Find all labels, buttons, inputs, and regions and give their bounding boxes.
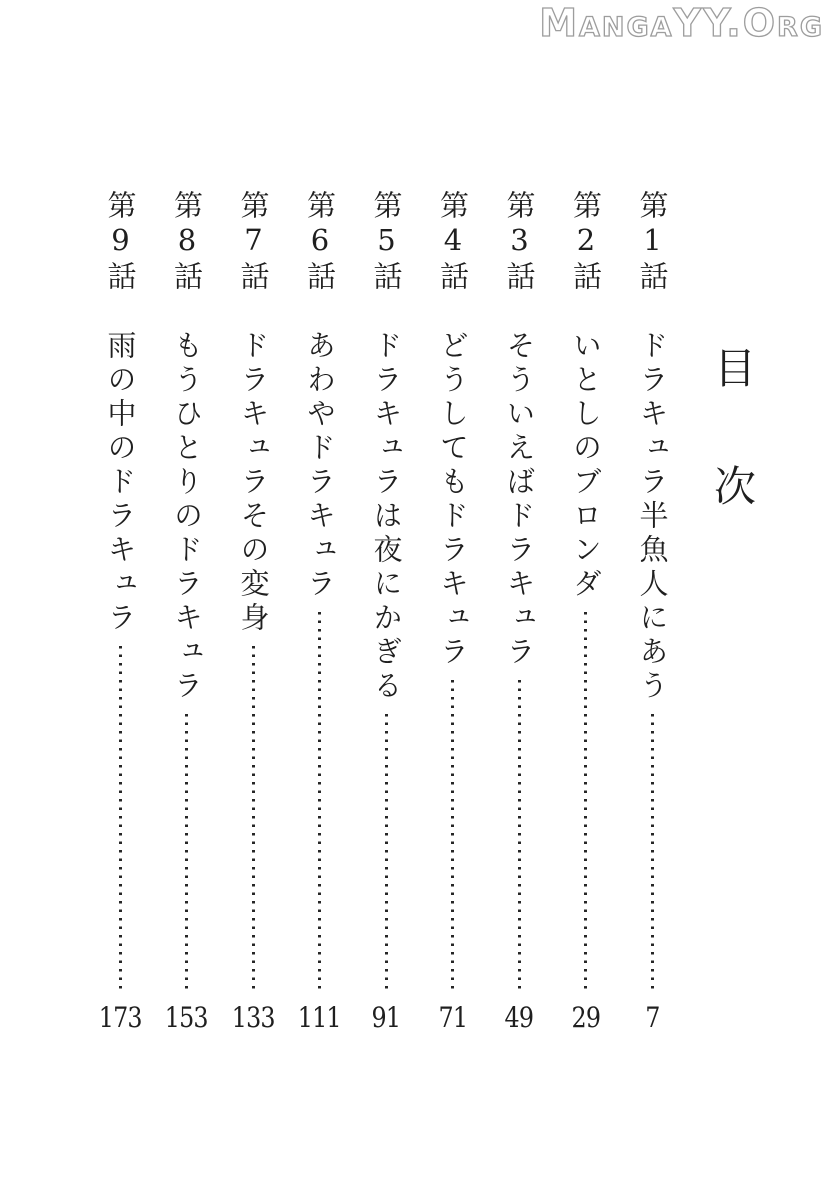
- chapter-label: 第5話: [372, 190, 401, 298]
- page-number: 91: [372, 1004, 401, 1032]
- chapter-title: ドラキュラその変身: [239, 330, 268, 636]
- chapter-title: ドラキュラ半魚人にあう: [638, 330, 667, 704]
- page-number: 133: [232, 1004, 275, 1032]
- chapter-title: もうひとりのドラキュラ: [172, 330, 201, 704]
- toc-entry: 第8話 もうひとりのドラキュラ 153: [154, 190, 220, 1032]
- page-number: 29: [571, 1004, 600, 1032]
- dotted-leader: [119, 646, 122, 992]
- toc-entry: 第9話 雨の中のドラキュラ 173: [87, 190, 153, 1032]
- page-title-char: 目: [714, 348, 756, 390]
- page-title: 目 次: [712, 348, 758, 508]
- page-number: 71: [438, 1004, 467, 1032]
- toc-entry: 第4話 どうしてもドラキュラ 71: [420, 190, 486, 1032]
- page-number: 7: [645, 1004, 659, 1032]
- chapter-label: 第8話: [172, 190, 201, 298]
- chapter-label: 第7話: [239, 190, 268, 298]
- toc-entry: 第3話 そういえばドラキュラ 49: [486, 190, 552, 1032]
- dotted-leader: [584, 612, 587, 992]
- dotted-leader: [385, 714, 388, 992]
- toc-entry: 第5話 ドラキュラは夜にかぎる 91: [353, 190, 419, 1032]
- chapter-title: いとしのブロンダ: [571, 330, 600, 602]
- dotted-leader: [318, 612, 321, 992]
- chapter-title: どうしてもドラキュラ: [438, 330, 467, 670]
- chapter-label: 第2話: [571, 190, 600, 298]
- chapter-label: 第9話: [106, 190, 135, 298]
- dotted-leader: [252, 646, 255, 992]
- page-title-char: 次: [714, 466, 756, 508]
- chapter-title: あわやドラキュラ: [305, 330, 334, 602]
- chapter-label: 第1話: [638, 190, 667, 298]
- site-watermark: MangaYY.Org: [539, 1, 824, 45]
- chapter-title: 雨の中のドラキュラ: [106, 330, 135, 636]
- page-number: 173: [99, 1004, 142, 1032]
- chapter-label: 第3話: [505, 190, 534, 298]
- chapter-label: 第6話: [305, 190, 334, 298]
- toc-entry: 第1話 ドラキュラ半魚人にあう 7: [619, 190, 685, 1032]
- dotted-leader: [185, 714, 188, 992]
- toc-list: 第1話 ドラキュラ半魚人にあう 7 第2話 いとしのブロンダ 29 第3話 そう…: [87, 190, 685, 1032]
- chapter-label: 第4話: [438, 190, 467, 298]
- page-number: 49: [505, 1004, 534, 1032]
- dotted-leader: [518, 680, 521, 992]
- chapter-title: そういえばドラキュラ: [505, 330, 534, 670]
- dotted-leader: [451, 680, 454, 992]
- manga-toc-page: MangaYY.Org 目 次 第1話 ドラキュラ半魚人にあう 7 第2話 いと…: [0, 0, 840, 1200]
- dotted-leader: [651, 714, 654, 992]
- page-number: 153: [165, 1004, 208, 1032]
- chapter-title: ドラキュラは夜にかぎる: [372, 330, 401, 704]
- page-number: 111: [298, 1004, 341, 1032]
- toc-entry: 第7話 ドラキュラその変身 133: [220, 190, 286, 1032]
- toc-entry: 第6話 あわやドラキュラ 111: [287, 190, 353, 1032]
- toc-entry: 第2話 いとしのブロンダ 29: [553, 190, 619, 1032]
